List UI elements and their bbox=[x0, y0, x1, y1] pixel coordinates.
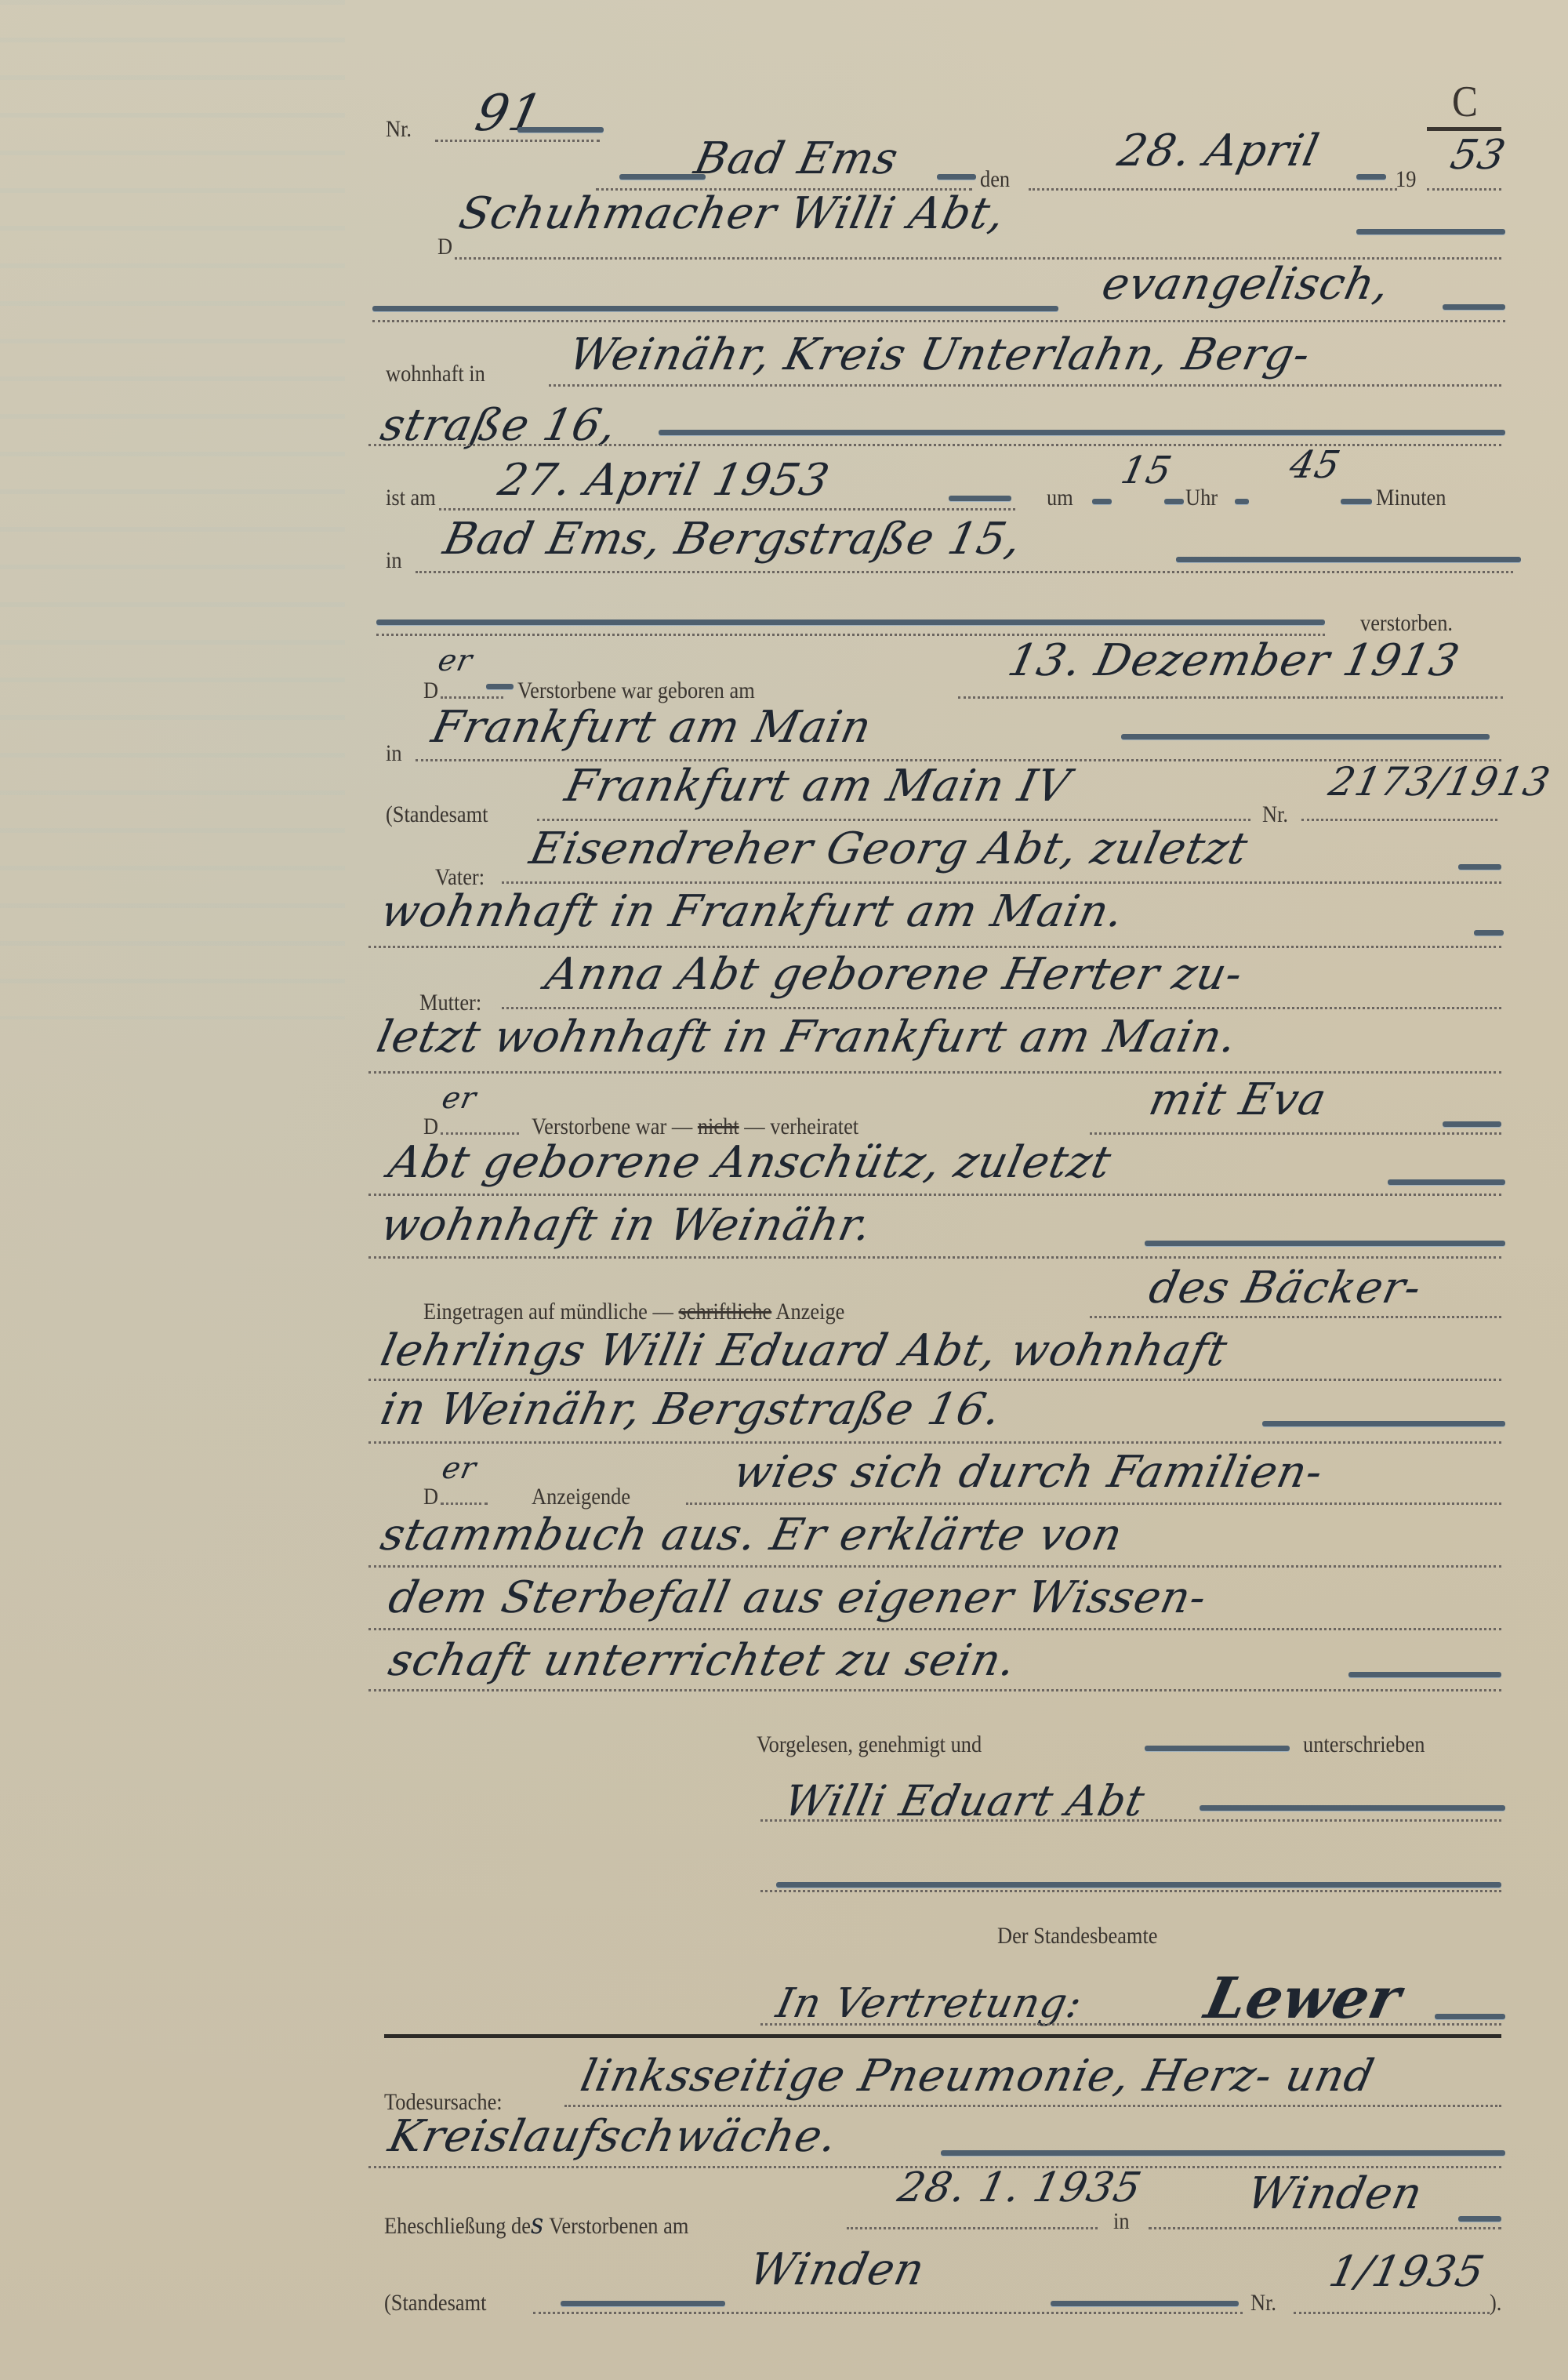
birth-date-field-line bbox=[958, 696, 1503, 699]
report-line2: lehrlings Willi Eduard Abt, wohnhaft bbox=[376, 1325, 1232, 1376]
marital-d-field-line bbox=[441, 1132, 519, 1135]
fill-dash bbox=[1164, 499, 1184, 504]
marital-field-line-3 bbox=[368, 1256, 1501, 1259]
fill-dash bbox=[1443, 304, 1505, 310]
cause-line2: Kreislaufschwäche. bbox=[384, 2111, 842, 2162]
death-hour: 15 bbox=[1117, 449, 1176, 492]
series-fraction-line bbox=[1427, 127, 1501, 131]
marriage-place: Winden bbox=[1243, 2168, 1427, 2219]
birth-d-prefix: D bbox=[423, 678, 438, 704]
vater-line2: wohnhaft in Frankfurt am Main. bbox=[376, 886, 1129, 937]
marriage-in-label: in bbox=[1113, 2208, 1130, 2235]
marital-line2: Abt geborene Anschütz, zuletzt bbox=[384, 1137, 1116, 1188]
marriage-standesamt: Winden bbox=[745, 2244, 929, 2295]
read-approved-label: Vorgelesen, genehmigt und bbox=[757, 1731, 982, 1758]
d-prefix: D bbox=[437, 234, 452, 260]
fill-dash bbox=[1458, 2216, 1501, 2222]
fill-dash bbox=[1262, 1421, 1505, 1426]
marital-line1: mit Eva bbox=[1145, 1074, 1331, 1125]
report-field-line-2 bbox=[368, 1379, 1501, 1381]
marriage-place-field-line bbox=[1149, 2227, 1501, 2229]
religion-field-line bbox=[372, 320, 1505, 322]
mutter-line2: letzt wohnhaft in Frankfurt am Main. bbox=[372, 1012, 1242, 1063]
mutter-field-line-2 bbox=[368, 1071, 1501, 1074]
fill-dash bbox=[561, 2301, 725, 2306]
date-field-line bbox=[1029, 188, 1397, 191]
fill-dash bbox=[941, 2150, 1505, 2156]
fill-dash bbox=[776, 1882, 1501, 1888]
fill-dash bbox=[1051, 2301, 1239, 2306]
anzeigende-label: Anzeigende bbox=[532, 1484, 630, 1510]
series-letter: C bbox=[1452, 77, 1478, 127]
mutter-line1: Anna Abt geborene Herter zu- bbox=[541, 949, 1247, 1000]
informant-line2: stammbuch aus. Er erklärte von bbox=[376, 1510, 1127, 1561]
struck-nicht: nicht bbox=[698, 1114, 739, 1139]
report-field-line bbox=[1090, 1316, 1501, 1318]
fill-dash bbox=[937, 174, 976, 180]
struck-schriftliche: schriftliche bbox=[678, 1299, 771, 1324]
um-label: um bbox=[1047, 485, 1073, 511]
death-place-field-line bbox=[416, 571, 1513, 573]
year-prefix: 19 bbox=[1396, 166, 1416, 193]
birth-nr-label: Nr. bbox=[1262, 801, 1288, 828]
fill-dash bbox=[1341, 499, 1372, 504]
nr-value: 91 bbox=[470, 85, 548, 143]
report-line3: in Weinähr, Bergstraße 16. bbox=[376, 1384, 1006, 1435]
registrar-signature: Lewer bbox=[1200, 1964, 1407, 2031]
death-date-field-line bbox=[439, 508, 1015, 511]
fill-dash bbox=[659, 430, 1505, 435]
death-date: 27. April 1953 bbox=[494, 455, 834, 506]
informant-signature-line bbox=[760, 1819, 1501, 1822]
informant-line3: dem Sterbefall aus eigener Wissen- bbox=[384, 1572, 1211, 1623]
cause-field-line bbox=[564, 2105, 1501, 2107]
fill-dash bbox=[1235, 499, 1249, 504]
series-year: 53 bbox=[1446, 132, 1510, 179]
informant-d-suffix: er bbox=[439, 1451, 480, 1485]
fill-dash bbox=[486, 684, 514, 689]
blank-signature-line bbox=[760, 1890, 1501, 1892]
registrar-signature-line bbox=[760, 2023, 1501, 2026]
fill-dash bbox=[949, 496, 1011, 501]
vater-field-line bbox=[502, 881, 1501, 884]
registrar-prefix: In Vertretung: bbox=[772, 1980, 1087, 2027]
marriage-label: Eheschließung des Verstorbenen am bbox=[384, 2208, 688, 2240]
report-line1: des Bäcker- bbox=[1145, 1263, 1426, 1314]
death-place: Bad Ems, Bergstraße 15, bbox=[439, 514, 1026, 565]
marriage-close-paren: ). bbox=[1490, 2290, 1501, 2316]
death-minute: 45 bbox=[1286, 443, 1345, 487]
header-date: 28. April bbox=[1113, 125, 1324, 176]
fill-dash bbox=[1145, 1241, 1505, 1246]
fill-dash bbox=[1458, 864, 1501, 870]
nr-label: Nr. bbox=[386, 116, 412, 143]
report-field-line-3 bbox=[368, 1441, 1501, 1444]
deceased-occupation-name: Schuhmacher Willi Abt, bbox=[455, 188, 1010, 239]
marriage-nr-label: Nr. bbox=[1250, 2290, 1276, 2316]
marriage-standesamt-label: (Standesamt bbox=[384, 2290, 487, 2316]
marriage-date-field-line bbox=[847, 2227, 1098, 2229]
cause-line1: linksseitige Pneumonie, Herz- und bbox=[576, 2051, 1379, 2102]
marital-field-line-2 bbox=[368, 1194, 1501, 1196]
birth-d-suffix: er bbox=[435, 643, 476, 678]
birth-standesamt-label: (Standesamt bbox=[386, 801, 488, 828]
informant-line1: wies sich durch Familien- bbox=[729, 1447, 1328, 1498]
year-field-line bbox=[1427, 188, 1501, 191]
informant-line4: schaft unterrichtet zu sein. bbox=[384, 1635, 1021, 1686]
marital-d-suffix: er bbox=[439, 1081, 480, 1115]
marriage-nr-field-line bbox=[1294, 2312, 1490, 2314]
residence-field-line bbox=[549, 384, 1501, 387]
residence-line1: Weinähr, Kreis Unterlahn, Berg- bbox=[564, 329, 1315, 380]
fill-dash bbox=[376, 620, 1325, 625]
birth-date: 13. Dezember 1913 bbox=[1004, 635, 1465, 686]
informant-field-line-2 bbox=[368, 1565, 1501, 1568]
birth-d-field-line bbox=[441, 696, 503, 699]
deceased-religion: evangelisch, bbox=[1098, 259, 1395, 310]
fill-dash bbox=[517, 127, 604, 133]
informant-field-line-3 bbox=[368, 1628, 1501, 1630]
informant-field-line bbox=[686, 1502, 1501, 1505]
ist-am-label: ist am bbox=[386, 485, 436, 511]
fill-dash bbox=[1145, 1746, 1290, 1751]
marriage-standesamt-field-line bbox=[533, 2312, 1243, 2314]
header-place: Bad Ems bbox=[690, 133, 903, 184]
vater-line1: Eisendreher Georg Abt, zuletzt bbox=[525, 823, 1253, 874]
unterschrieben-label: unterschrieben bbox=[1303, 1731, 1425, 1758]
mutter-field-line bbox=[502, 1007, 1501, 1009]
fill-dash bbox=[1092, 499, 1112, 504]
report-label: Eingetragen auf mündliche — schriftliche… bbox=[423, 1299, 844, 1325]
marital-label: Verstorbene war — nicht — verheiratet bbox=[532, 1114, 858, 1140]
birth-place: Frankfurt am Main bbox=[427, 702, 877, 753]
fill-dash bbox=[1121, 734, 1490, 739]
birth-nr-field-line bbox=[1301, 819, 1497, 821]
marital-d-prefix: D bbox=[423, 1114, 438, 1140]
birth-standesamt-field-line bbox=[537, 819, 1250, 821]
margin-bleed-through bbox=[0, 0, 345, 1019]
fill-dash bbox=[1388, 1179, 1505, 1185]
birth-nr: 2173/1913 bbox=[1325, 759, 1555, 805]
informant-field-line-4 bbox=[368, 1689, 1501, 1691]
minuten-label: Minuten bbox=[1376, 485, 1446, 511]
informant-d-prefix: D bbox=[423, 1484, 438, 1510]
birth-standesamt: Frankfurt am Main IV bbox=[561, 761, 1075, 812]
marriage-nr: 1/1935 bbox=[1325, 2247, 1489, 2296]
fill-dash bbox=[1176, 557, 1521, 562]
wohnhaft-label: wohnhaft in bbox=[386, 361, 485, 387]
birth-place-in-label: in bbox=[386, 740, 402, 767]
death-place-in-label: in bbox=[386, 547, 402, 574]
uhr-label: Uhr bbox=[1185, 485, 1218, 511]
fill-dash bbox=[1443, 1121, 1501, 1127]
marital-line3: wohnhaft in Weinähr. bbox=[376, 1200, 877, 1251]
fill-dash bbox=[1474, 930, 1504, 936]
birth-label: Verstorbene war geboren am bbox=[517, 678, 755, 704]
fill-dash bbox=[1435, 2014, 1505, 2019]
fill-dash bbox=[1348, 1672, 1501, 1677]
verstorben-label: verstorben. bbox=[1360, 610, 1453, 637]
informant-d-field-line bbox=[441, 1502, 488, 1505]
marriage-date: 28. 1. 1935 bbox=[894, 2164, 1145, 2211]
fill-dash bbox=[372, 306, 1058, 311]
register-page: Nr. 91 C 53 Bad Ems den 28. April 19 D S… bbox=[0, 0, 1568, 2380]
fill-dash bbox=[1356, 174, 1386, 180]
fill-dash bbox=[1356, 229, 1505, 234]
marital-field-line bbox=[1090, 1132, 1501, 1135]
informant-signature: Willi Eduart Abt bbox=[780, 1776, 1149, 1826]
fill-dash bbox=[1200, 1805, 1505, 1811]
registrar-label: Der Standesbeamte bbox=[997, 1923, 1158, 1949]
section-divider bbox=[384, 2034, 1501, 2038]
vater-field-line-2 bbox=[368, 946, 1501, 948]
